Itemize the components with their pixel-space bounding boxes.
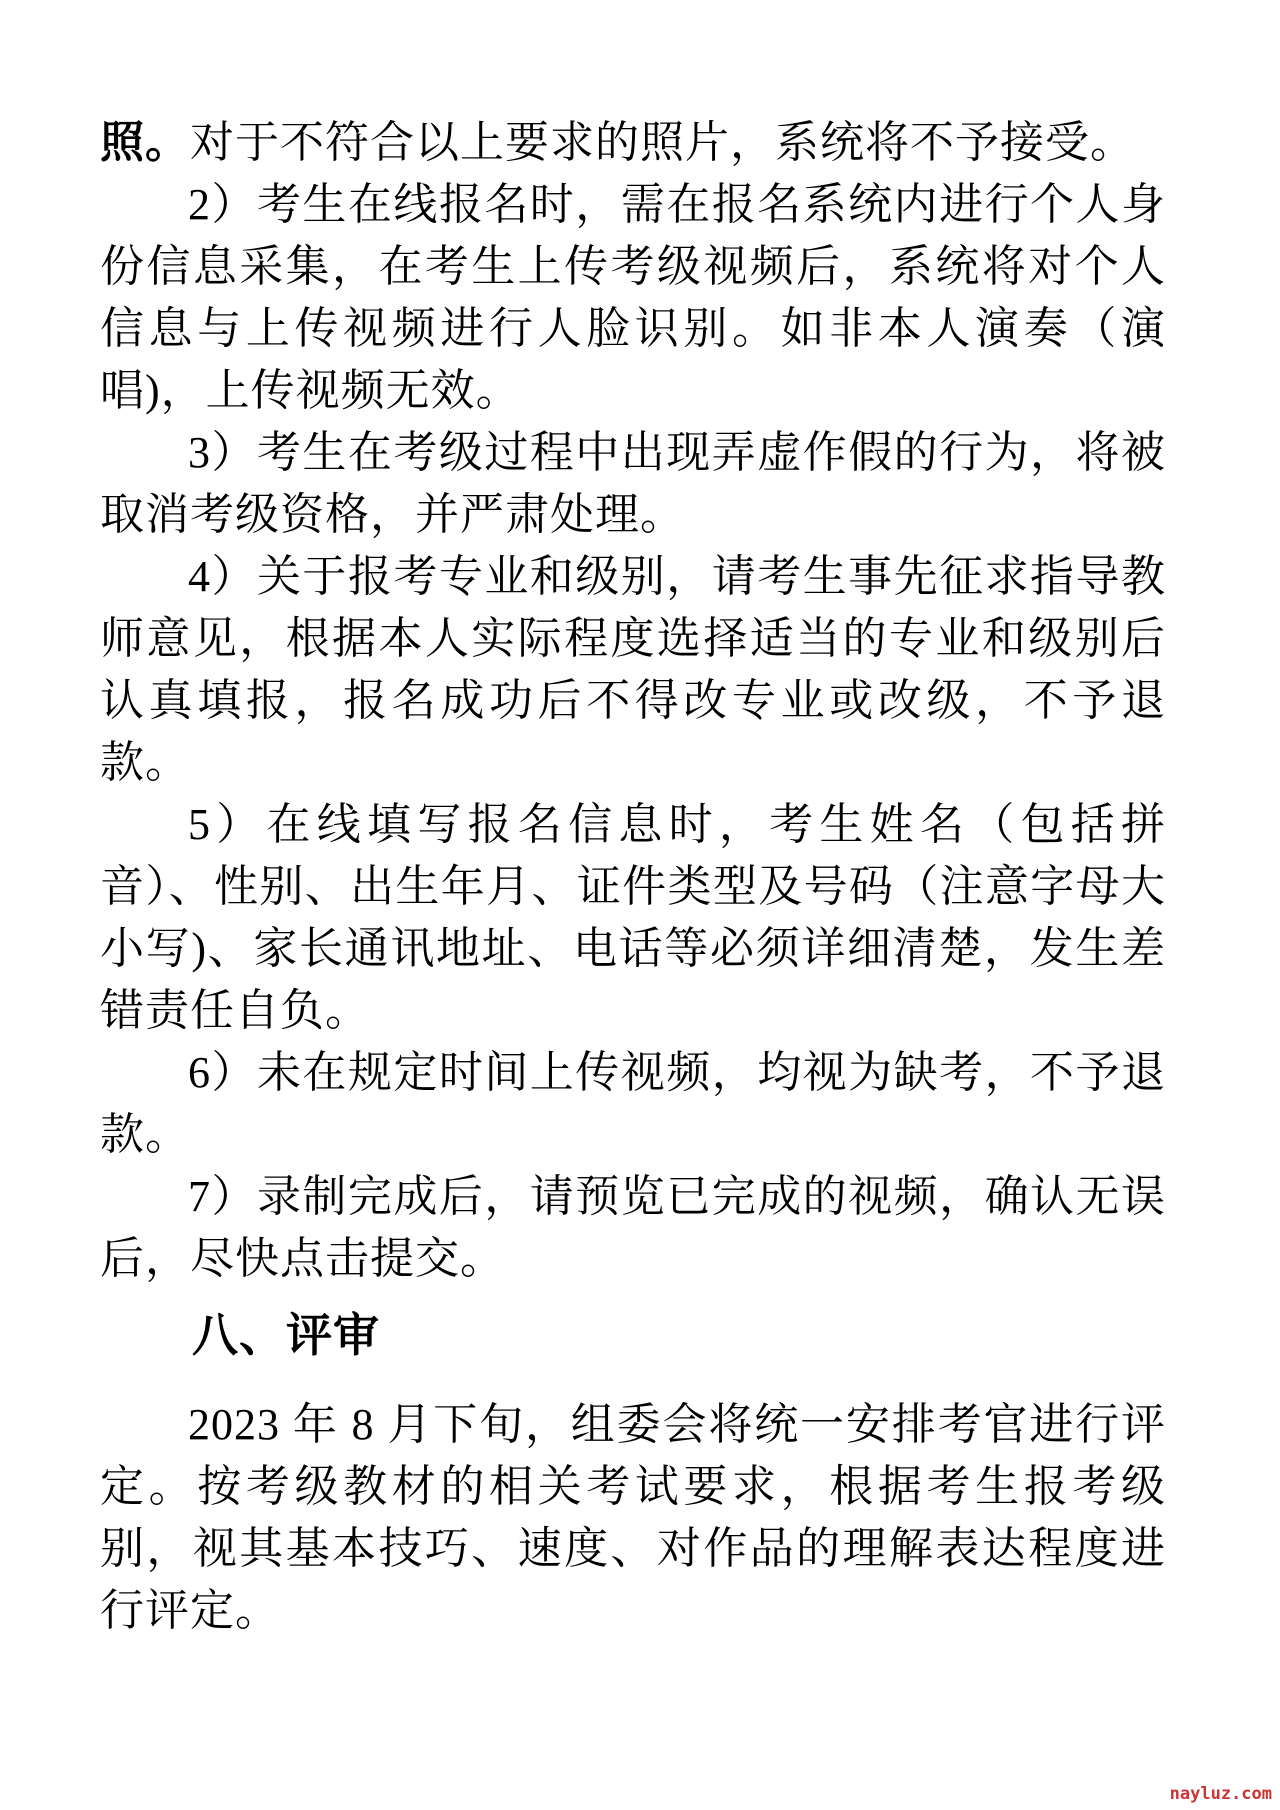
document-body: 照。对于不符合以上要求的照片，系统将不予接受。 2）考生在线报名时，需在报名系统… [100, 112, 1166, 1642]
paragraph-item-5: 5）在线填写报名信息时，考生姓名（包括拼音）、性别、出生年月、证件类型及号码（注… [100, 794, 1166, 1042]
paragraph-item-4: 4）关于报考专业和级别，请考生事先征求指导教师意见，根据本人实际程度选择适当的专… [100, 546, 1166, 794]
paragraph-review-schedule: 2023 年 8 月下旬，组委会将统一安排考官进行评定。按考级教材的相关考试要求… [100, 1394, 1166, 1642]
paragraph-text: 对于不符合以上要求的照片，系统将不予接受。 [190, 118, 1135, 167]
paragraph-bold-prefix: 照。 [100, 118, 190, 167]
paragraph-item-2: 2）考生在线报名时，需在报名系统内进行个人身份信息采集，在考生上传考级视频后，系… [100, 174, 1166, 422]
paragraph-item-6: 6）未在规定时间上传视频，均视为缺考，不予退款。 [100, 1042, 1166, 1166]
paragraph-photo-requirements: 照。对于不符合以上要求的照片，系统将不予接受。 [100, 112, 1166, 174]
paragraph-item-3: 3）考生在考级过程中出现弄虚作假的行为，将被取消考级资格，并严肃处理。 [100, 422, 1166, 546]
watermark: nayluz.com [1170, 1784, 1272, 1804]
page: { "page": { "background": "#ffffff" }, "… [0, 0, 1280, 1810]
section-heading-review: 八、评审 [100, 1300, 1166, 1370]
paragraph-item-7: 7）录制完成后，请预览已完成的视频，确认无误后，尽快点击提交。 [100, 1166, 1166, 1290]
